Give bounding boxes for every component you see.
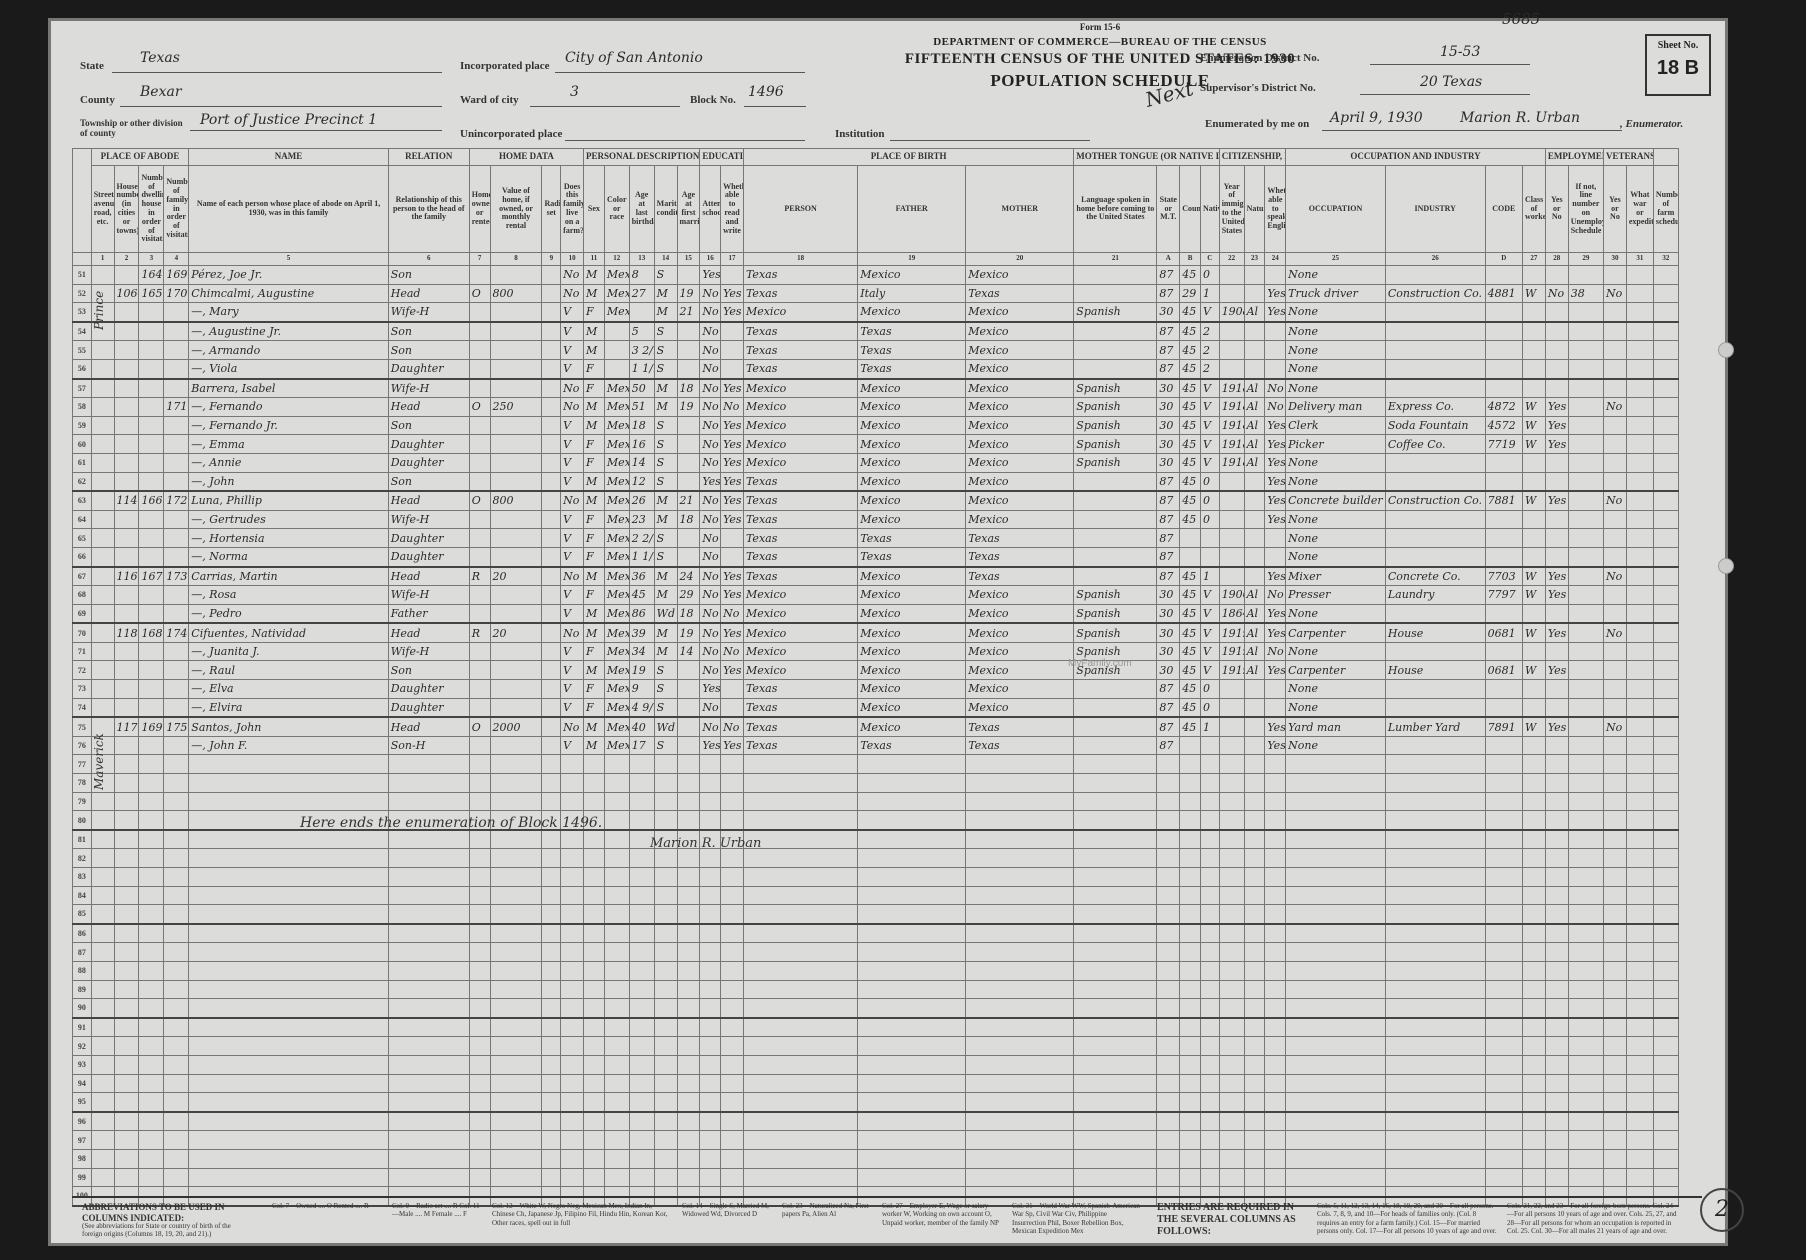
cell-father-birth: Italy (858, 284, 966, 303)
cell-industry: Construction Co. (1385, 491, 1485, 510)
cell-occupation (1286, 1018, 1386, 1037)
cell-code-b (1180, 1074, 1201, 1093)
cell-street (91, 567, 114, 586)
cell-house (114, 661, 139, 680)
cell-war (1626, 961, 1653, 980)
cell-marital: M (654, 510, 677, 529)
cell-worker-class: W (1522, 398, 1545, 417)
cell-occupation (1286, 886, 1386, 905)
cell-race (604, 792, 629, 811)
cell-unemp-line (1568, 567, 1603, 586)
cell-war (1626, 736, 1653, 755)
cell-radio (542, 303, 561, 322)
cell-read (721, 266, 744, 285)
cell-code-d: 7891 (1485, 717, 1522, 736)
cell-unemp-line (1568, 811, 1603, 830)
cell-race: Mex (604, 642, 629, 661)
cell-employed (1545, 472, 1568, 491)
cell-employed (1545, 1149, 1568, 1168)
table-row-empty: 99 (73, 1168, 1702, 1187)
cell-race: Mex (604, 266, 629, 285)
cell-age (629, 943, 654, 962)
cell-employed (1545, 999, 1568, 1018)
cell-english (1265, 547, 1286, 566)
cell-father-birth (858, 999, 966, 1018)
cell-street (91, 905, 114, 924)
cell-language: Spanish (1074, 416, 1157, 435)
cell-code-c: 2 (1200, 341, 1219, 360)
table-row-empty: 94 (73, 1074, 1702, 1093)
cell-age: 12 (629, 472, 654, 491)
cell-mother-birth: Mexico (966, 698, 1074, 717)
cell-street (91, 453, 114, 472)
cell-employed (1545, 547, 1568, 566)
cell-street (91, 1168, 114, 1187)
block-label: Block No. (690, 94, 736, 106)
cell-veteran (1604, 435, 1627, 454)
cell-unemp-line (1568, 830, 1603, 849)
cell-language (1074, 868, 1157, 887)
cell-imm-year (1219, 811, 1244, 830)
cell-worker-class: W (1522, 623, 1545, 642)
cell-dwelling (139, 792, 164, 811)
line-number: 87 (73, 943, 92, 962)
cell-mother-birth (966, 886, 1074, 905)
col-header-read-write: Whether able to read and write (721, 166, 744, 253)
cell-code-b (1180, 1037, 1201, 1056)
column-number: 9 (542, 253, 561, 266)
cell-worker-class (1522, 341, 1545, 360)
cell-natur (1244, 1018, 1265, 1037)
cell-occupation (1286, 1055, 1386, 1074)
cell-war (1626, 905, 1653, 924)
line-number: 62 (73, 472, 92, 491)
cell-relation (388, 792, 469, 811)
cell-school (700, 1093, 721, 1112)
cell-farm-sched (1653, 416, 1678, 435)
column-number: 24 (1265, 253, 1286, 266)
table-row: 59—, Fernando Jr.SonVMMex18SNoYesMexicoM… (73, 416, 1702, 435)
cell-imm-year (1219, 999, 1244, 1018)
cell-race (604, 341, 629, 360)
cell-code-a (1157, 1037, 1180, 1056)
cell-imm-year (1219, 567, 1244, 586)
cell-occupation (1286, 999, 1386, 1018)
cell-imm-year: 1918 (1219, 398, 1244, 417)
cell-race: Mex (604, 435, 629, 454)
cell-relation: Wife-H (388, 303, 469, 322)
cell-veteran: No (1604, 567, 1627, 586)
cell-worker-class (1522, 961, 1545, 980)
enum-district-value: 15-53 (1440, 44, 1480, 60)
cell-birth (743, 868, 857, 887)
cell-radio (542, 943, 561, 962)
cell-worker-class: W (1522, 717, 1545, 736)
table-row-empty: 90 (73, 999, 1702, 1018)
cell-industry (1385, 1018, 1485, 1037)
enumerator-signature: Marion R. Urban (650, 836, 761, 851)
cell-industry (1385, 379, 1485, 398)
cell-farm-sched (1653, 717, 1678, 736)
table-row-empty: 86 (73, 924, 1702, 943)
cell-code-a: 87 (1157, 491, 1180, 510)
cell-name (189, 774, 388, 793)
cell-code-d (1485, 905, 1522, 924)
cell-code-c (1200, 547, 1219, 566)
cell-father-birth (858, 1074, 966, 1093)
cell-marital (654, 1037, 677, 1056)
cell-worker-class (1522, 1037, 1545, 1056)
column-number: 3 (139, 253, 164, 266)
cell-occupation: None (1286, 604, 1386, 623)
cell-worker-class (1522, 811, 1545, 830)
cell-code-a (1157, 1149, 1180, 1168)
cell-worker-class (1522, 472, 1545, 491)
cell-farm-sched (1653, 943, 1678, 962)
cell-read (721, 1131, 744, 1150)
cell-code-d (1485, 830, 1522, 849)
table-row: 52106165170Chimcalmi, AugustineHeadO800N… (73, 284, 1702, 303)
cell-school: No (700, 491, 721, 510)
cell-industry (1385, 604, 1485, 623)
cell-worker-class (1522, 1055, 1545, 1074)
cell-imm-year: 1906 (1219, 586, 1244, 605)
cell-imm-year (1219, 980, 1244, 999)
cell-own (469, 435, 490, 454)
cell-english (1265, 322, 1286, 341)
table-row: 60—, EmmaDaughterVFMex16SNoYesMexicoMexi… (73, 435, 1702, 454)
cell-code-d (1485, 642, 1522, 661)
cell-english: No (1265, 586, 1286, 605)
cell-dwelling: 165 (139, 284, 164, 303)
cell-code-c (1200, 1168, 1219, 1187)
col-header-school: Attended school (700, 166, 721, 253)
cell-imm-year (1219, 547, 1244, 566)
line-number: 53 (73, 303, 92, 322)
cell-radio (542, 661, 561, 680)
cell-english: Yes (1265, 453, 1286, 472)
cell-own (469, 774, 490, 793)
cell-worker-class: W (1522, 586, 1545, 605)
cell-value (490, 1074, 542, 1093)
cell-marital (654, 755, 677, 774)
cell-marital (654, 905, 677, 924)
cell-war (1626, 604, 1653, 623)
cell-sex: M (584, 472, 605, 491)
cell-code-a: 87 (1157, 266, 1180, 285)
cell-family (164, 529, 189, 548)
cell-occupation (1286, 943, 1386, 962)
cell-sex: F (584, 698, 605, 717)
cell-language (1074, 1149, 1157, 1168)
cell-code-b (1180, 1112, 1201, 1131)
cell-family: 175 (164, 717, 189, 736)
cell-own (469, 924, 490, 943)
cell-father-birth (858, 1168, 966, 1187)
cell-name: —, Norma (189, 547, 388, 566)
cell-name: —, Elva (189, 680, 388, 699)
col-header-war: What war or expedition? (1626, 166, 1653, 253)
cell-street (91, 623, 114, 642)
cell-read (721, 1018, 744, 1037)
cell-occupation: None (1286, 529, 1386, 548)
cell-family (164, 661, 189, 680)
cell-veteran (1604, 1149, 1627, 1168)
cell-radio (542, 924, 561, 943)
cell-code-b: 45 (1180, 266, 1201, 285)
cell-birth: Texas (743, 359, 857, 378)
cell-marital: M (654, 379, 677, 398)
cell-worker-class (1522, 924, 1545, 943)
line-number: 81 (73, 830, 92, 849)
cell-english (1265, 980, 1286, 999)
cell-war (1626, 980, 1653, 999)
cell-read: Yes (721, 416, 744, 435)
cell-natur: Al (1244, 303, 1265, 322)
cell-value (490, 905, 542, 924)
cell-industry (1385, 453, 1485, 472)
cell-birth: Mexico (743, 303, 857, 322)
cell-sex (584, 1093, 605, 1112)
line-number: 72 (73, 661, 92, 680)
cell-code-c: V (1200, 379, 1219, 398)
cell-farm (561, 1055, 584, 1074)
cell-marital (654, 961, 677, 980)
cell-code-b (1180, 1093, 1201, 1112)
cell-language (1074, 849, 1157, 868)
cell-house (114, 886, 139, 905)
cell-marital: S (654, 736, 677, 755)
cell-employed (1545, 905, 1568, 924)
cell-farm-sched (1653, 736, 1678, 755)
cell-imm-year (1219, 792, 1244, 811)
cell-mother-birth: Mexico (966, 322, 1074, 341)
cell-worker-class (1522, 1131, 1545, 1150)
cell-name (189, 830, 388, 849)
cell-age: 36 (629, 567, 654, 586)
cell-relation (388, 943, 469, 962)
cell-father-birth: Texas (858, 547, 966, 566)
cell-natur (1244, 868, 1265, 887)
cell-worker-class (1522, 510, 1545, 529)
column-number: 16 (700, 253, 721, 266)
cell-natur (1244, 755, 1265, 774)
column-number: 28 (1545, 253, 1568, 266)
cell-code-b (1180, 886, 1201, 905)
cell-code-b: 45 (1180, 698, 1201, 717)
cell-occupation: None (1286, 472, 1386, 491)
cell-worker-class (1522, 303, 1545, 322)
cell-family: 174 (164, 623, 189, 642)
cell-imm-year (1219, 341, 1244, 360)
column-number: 21 (1074, 253, 1157, 266)
cell-farm (561, 943, 584, 962)
cell-industry (1385, 868, 1485, 887)
cell-age (629, 886, 654, 905)
cell-imm-year (1219, 284, 1244, 303)
cell-father-birth (858, 1037, 966, 1056)
column-number: 6 (388, 253, 469, 266)
cell-unemp-line (1568, 266, 1603, 285)
cell-name (189, 1149, 388, 1168)
cell-occupation: None (1286, 547, 1386, 566)
cell-veteran (1604, 830, 1627, 849)
cell-occupation: None (1286, 642, 1386, 661)
cell-unemp-line (1568, 1037, 1603, 1056)
cell-value (490, 359, 542, 378)
cell-mother-birth: Texas (966, 736, 1074, 755)
cell-family: 169 (164, 266, 189, 285)
block-underline (744, 106, 806, 107)
cell-industry (1385, 1149, 1485, 1168)
cell-mother-birth (966, 1055, 1074, 1074)
cell-farm-sched (1653, 1037, 1678, 1056)
cell-read: Yes (721, 736, 744, 755)
column-number: 10 (561, 253, 584, 266)
cell-own (469, 586, 490, 605)
cell-relation: Daughter (388, 547, 469, 566)
cell-dwelling: 164 (139, 266, 164, 285)
cell-mother-birth (966, 1131, 1074, 1150)
cell-radio (542, 999, 561, 1018)
cell-english (1265, 755, 1286, 774)
cell-marital: S (654, 547, 677, 566)
cell-code-d (1485, 322, 1522, 341)
group-place-of-birth: PLACE OF BIRTH (743, 149, 1073, 166)
cell-birth: Texas (743, 736, 857, 755)
cell-english (1265, 266, 1286, 285)
cell-own: O (469, 284, 490, 303)
col-header-unemp-line: If not, line number on Unemployment Sche… (1568, 166, 1603, 253)
cell-read (721, 886, 744, 905)
cell-veteran (1604, 472, 1627, 491)
cell-street (91, 1112, 114, 1131)
cell-read (721, 755, 744, 774)
cell-code-c: V (1200, 604, 1219, 623)
cell-code-b (1180, 529, 1201, 548)
cell-code-a: 30 (1157, 453, 1180, 472)
population-schedule-table: PLACE OF ABODE NAME RELATION HOME DATA P… (72, 148, 1702, 1207)
cell-imm-year (1219, 905, 1244, 924)
cell-read (721, 774, 744, 793)
cell-employed: Yes (1545, 717, 1568, 736)
cell-own (469, 680, 490, 699)
cell-imm-year (1219, 1093, 1244, 1112)
cell-house (114, 830, 139, 849)
cell-code-c (1200, 868, 1219, 887)
cell-unemp-line: 38 (1568, 284, 1603, 303)
cell-farm-sched (1653, 1055, 1678, 1074)
cell-farm-sched (1653, 1149, 1678, 1168)
cell-war (1626, 491, 1653, 510)
cell-employed (1545, 266, 1568, 285)
cell-industry: House (1385, 661, 1485, 680)
abbreviations-title: ABBREVIATIONS TO BE USED IN COLUMNS INDI… (82, 1202, 252, 1224)
cell-war (1626, 529, 1653, 548)
cell-natur (1244, 980, 1265, 999)
cell-industry (1385, 980, 1485, 999)
cell-birth: Texas (743, 266, 857, 285)
line-number: 80 (73, 811, 92, 830)
cell-name: —, Gertrudes (189, 510, 388, 529)
cell-employed (1545, 680, 1568, 699)
cell-code-a: 87 (1157, 698, 1180, 717)
cell-read (721, 980, 744, 999)
cell-english: Yes (1265, 510, 1286, 529)
cell-war (1626, 341, 1653, 360)
cell-birth: Mexico (743, 416, 857, 435)
cell-birth: Texas (743, 547, 857, 566)
column-number: D (1485, 253, 1522, 266)
cell-farm-sched (1653, 567, 1678, 586)
cell-occupation: Clerk (1286, 416, 1386, 435)
column-number: 4 (164, 253, 189, 266)
cell-relation: Son (388, 266, 469, 285)
cell-age: 23 (629, 510, 654, 529)
cell-veteran (1604, 1055, 1627, 1074)
cell-family (164, 849, 189, 868)
cell-language (1074, 1131, 1157, 1150)
cell-father-birth: Mexico (858, 379, 966, 398)
cell-farm-sched (1653, 961, 1678, 980)
cell-birth (743, 1074, 857, 1093)
cell-code-b: 45 (1180, 717, 1201, 736)
line-number: 88 (73, 961, 92, 980)
cell-dwelling: 167 (139, 567, 164, 586)
cell-code-b (1180, 830, 1201, 849)
line-number: 99 (73, 1168, 92, 1187)
cell-unemp-line (1568, 661, 1603, 680)
cell-occupation (1286, 1093, 1386, 1112)
cell-mother-birth: Mexico (966, 359, 1074, 378)
cell-english: Yes (1265, 491, 1286, 510)
cell-worker-class (1522, 980, 1545, 999)
cell-code-a (1157, 1131, 1180, 1150)
cell-code-a (1157, 999, 1180, 1018)
table-row: 51164169Pérez, Joe Jr.SonNoMMex8SYesTexa… (73, 266, 1702, 285)
cell-own (469, 661, 490, 680)
punch-hole (1718, 558, 1734, 574)
enum-district-underline (1370, 64, 1530, 65)
cell-name (189, 1093, 388, 1112)
cell-language: Spanish (1074, 303, 1157, 322)
cell-read: Yes (721, 567, 744, 586)
cell-employed (1545, 1018, 1568, 1037)
cell-value (490, 529, 542, 548)
line-number: 57 (73, 379, 92, 398)
cell-own (469, 886, 490, 905)
cell-birth: Mexico (743, 398, 857, 417)
cell-farm (561, 849, 584, 868)
cell-dwelling (139, 642, 164, 661)
col-header-veteran: Yes or No (1604, 166, 1627, 253)
cell-father-birth: Mexico (858, 510, 966, 529)
cell-english (1265, 341, 1286, 360)
cell-street (91, 510, 114, 529)
incorporated-value: City of San Antonio (565, 50, 703, 66)
cell-farm-sched (1653, 980, 1678, 999)
cell-mother-birth: Mexico (966, 453, 1074, 472)
cell-mother-birth: Texas (966, 717, 1074, 736)
cell-code-d (1485, 379, 1522, 398)
cell-sex: F (584, 547, 605, 566)
cell-name (189, 999, 388, 1018)
cell-veteran (1604, 642, 1627, 661)
cell-family (164, 379, 189, 398)
cell-radio (542, 547, 561, 566)
cell-radio (542, 774, 561, 793)
cell-code-a: 30 (1157, 416, 1180, 435)
